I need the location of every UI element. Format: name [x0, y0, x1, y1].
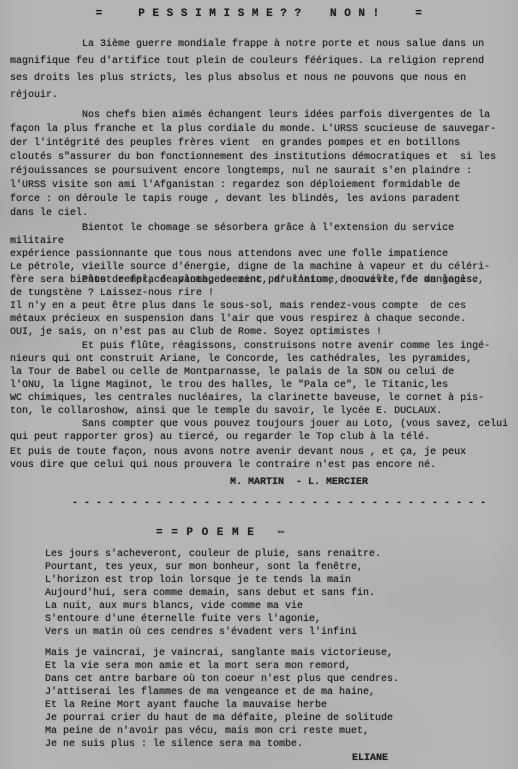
poem-stanza: Mais je vaincrai, je vaincrai, sanglante…	[45, 647, 512, 751]
authors-signature: M. MARTIN - L. MERCIER	[230, 476, 368, 489]
article-paragraph: Nos chefs bien aimés échangent leurs idé…	[10, 109, 512, 221]
poem-stanza: Les jours s'acheveront, couleur de pluie…	[45, 548, 512, 639]
scanned-document-page: = P E S S I M I S M E ? ? N O N ! = La 3…	[0, 0, 518, 769]
article-paragraph: Et puis de toute façon, nous avons notre…	[10, 446, 512, 472]
poem-title: = = P O E M E ⇔	[156, 527, 285, 540]
article-paragraph: Et puis flûte, réagissons, construisons …	[10, 340, 512, 418]
article-paragraph: Sans compter que vous pouvez toujours jo…	[10, 418, 512, 444]
dashed-divider: - - - - - - - - - - - - - - - - - - - - …	[72, 497, 486, 510]
poem-signature: ELIANE	[352, 752, 388, 765]
article-paragraph: Plus de fer, de plomb, de zinc, d'uraniu…	[10, 274, 512, 339]
article-paragraph: La 3ième guerre mondiale frappe à notre …	[10, 36, 512, 104]
page-title: = P E S S I M I S M E ? ? N O N ! =	[0, 8, 518, 21]
